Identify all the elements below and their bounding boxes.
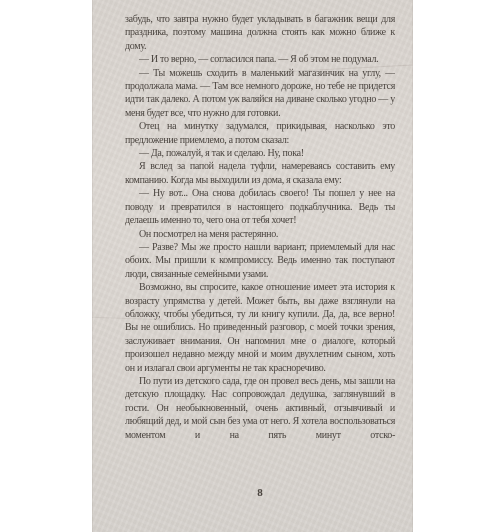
paragraph: По пути из детского сада, где он провел … [125, 375, 395, 442]
paragraph: Он посмотрел на меня растерянно. [125, 228, 395, 241]
page-text: забудь, что завтра нужно будет укладыват… [125, 13, 395, 483]
paragraph: — Да, пожалуй, я так и сделаю. Ну, пока! [125, 147, 395, 160]
book-photo: забудь, что завтра нужно будет укладыват… [0, 0, 500, 532]
paragraph: — Ну вот... Она снова добилась своего! Т… [125, 187, 395, 227]
screenshot-root: { "colors": { "paper": "#dbd6d1", "ink":… [0, 0, 500, 532]
paragraph: Отец на минутку задумался, прикидывая, н… [125, 120, 395, 147]
paragraph: — Разве? Мы же просто нашли вариант, при… [125, 241, 395, 281]
paragraph: — И то верно, — согласился папа. — Я об … [125, 53, 395, 66]
paragraph: — Ты можешь сходить в маленький магазинч… [125, 67, 395, 121]
page-number: 8 [125, 487, 395, 499]
book-page: забудь, что завтра нужно будет укладыват… [92, 0, 413, 532]
paragraph: Возможно, вы спросите, какое отношение и… [125, 281, 395, 375]
paragraph: забудь, что завтра нужно будет укладыват… [125, 13, 395, 53]
paragraph: Я вслед за папой надела туфли, намеревая… [125, 160, 395, 187]
